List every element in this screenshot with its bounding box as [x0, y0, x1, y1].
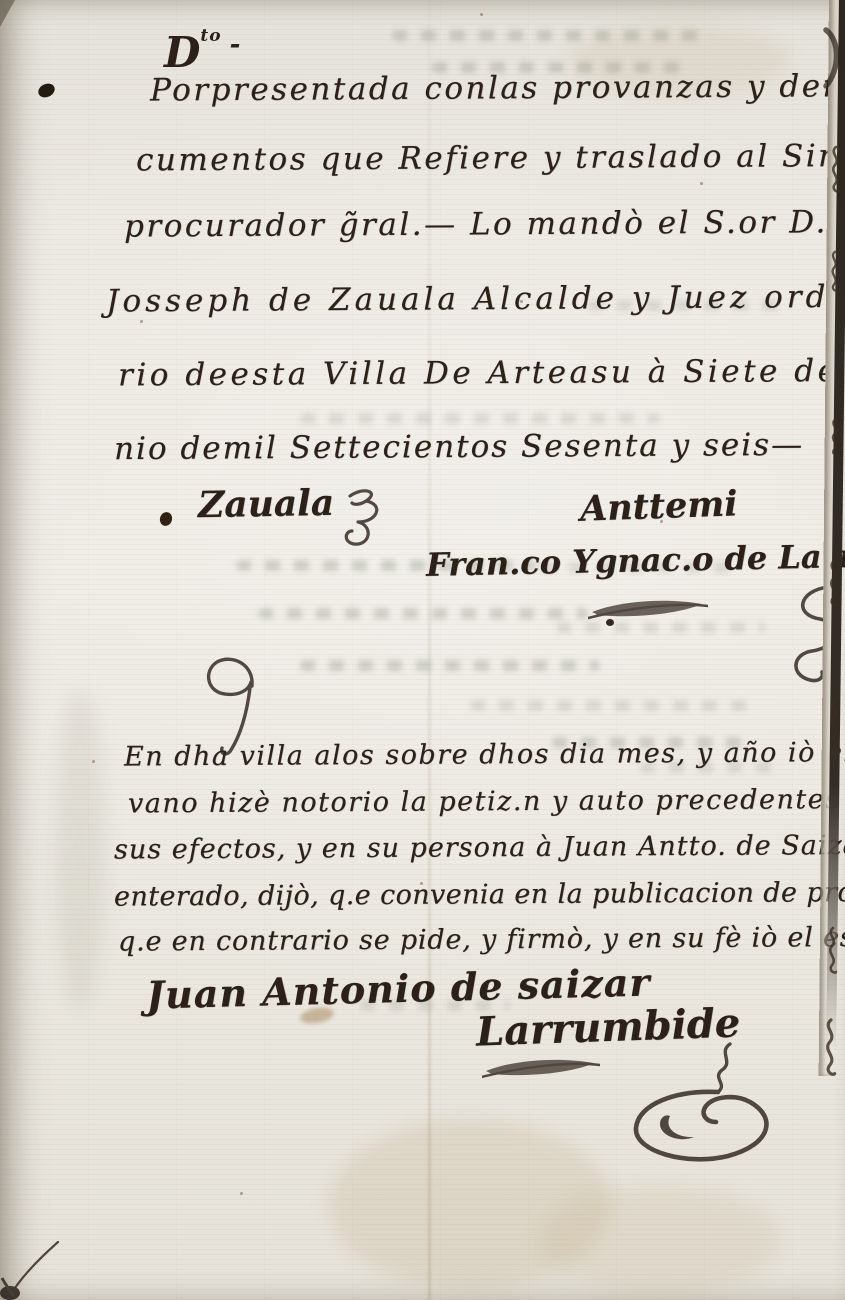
manuscript-line: Porpresentada conlas provanzas y demas d… — [150, 68, 845, 109]
edge-writing-fragment — [825, 556, 843, 612]
manuscript-line: sus efectos, y en su persona à Juan Antt… — [114, 829, 845, 865]
edge-writing-fragment — [826, 250, 844, 294]
bleedthrough-line — [300, 660, 600, 671]
foxing-speck — [140, 320, 143, 323]
paper-stain — [540, 1185, 780, 1295]
manuscript-line: q.e en contrario se pide, y firmò, y en … — [118, 921, 845, 957]
manuscript-line: En dha villa alos sobre dhos dia mes, y … — [124, 736, 845, 772]
margin-decree-mark: Dto- — [164, 26, 240, 77]
edge-writing-fragment — [820, 1006, 842, 1090]
manuscript-line: cumentos que Refiere y traslado al Sindi… — [136, 138, 845, 179]
corner-ink-mark — [0, 1238, 70, 1300]
foxing-speck — [92, 760, 95, 763]
manuscript-scan: Dto- Porpresentada conlas provanzas y de… — [0, 0, 845, 1300]
manuscript-line: enterado, dijò, q.e convenia en la publi… — [114, 876, 845, 912]
edge-writing-fragment — [826, 688, 844, 758]
vertical-crease — [428, 0, 431, 1300]
edge-writing-fragment — [827, 145, 845, 195]
paper-stain — [55, 690, 105, 1010]
signature-rubric-icon — [588, 594, 708, 624]
foxing-speck — [240, 1192, 243, 1195]
edge-writing-fragment — [827, 418, 843, 458]
foxing-speck — [480, 13, 483, 16]
signature-ante-mi: Anttemi — [579, 483, 738, 529]
signature-flourish-icon — [618, 1040, 803, 1175]
signature-rubric-icon — [482, 1052, 600, 1084]
manuscript-line: Josseph de Zauala Alcalde y Juez ordina- — [106, 279, 845, 320]
signature-zavala: Zauala — [198, 482, 335, 526]
manuscript-line: nio demil Settecientos Sesenta y seis— — [114, 427, 804, 467]
bleedthrough-line — [258, 608, 588, 619]
margin-mark-letter: D — [164, 28, 200, 77]
margin-mark-superscript: to — [200, 26, 221, 46]
foxing-speck — [700, 182, 703, 185]
edge-writing-fragment — [824, 924, 842, 978]
margin-mark-dash: - — [222, 30, 241, 60]
bleedthrough-line — [470, 700, 750, 711]
bleedthrough-line — [300, 413, 660, 424]
manuscript-page: Dto- Porpresentada conlas provanzas y de… — [0, 0, 845, 1300]
manuscript-line: vano hizè notorio la petiz.n y auto prec… — [128, 784, 845, 820]
signature-rubric-icon — [342, 486, 392, 558]
edge-ink-mark — [818, 26, 844, 92]
manuscript-line: rio deesta Villa De Arteasu à Siete de J… — [118, 353, 845, 394]
manuscript-line: procurador g̃ral.— Lo mandò el S.or D.n … — [124, 203, 845, 244]
